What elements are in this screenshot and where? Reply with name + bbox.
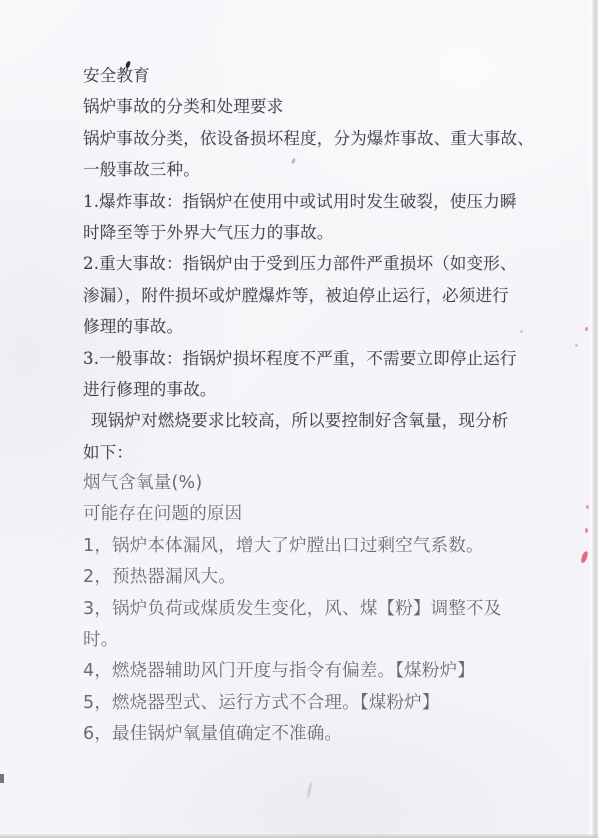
document-line: 修理的事故。	[83, 311, 568, 342]
document-line: 6，最佳锅炉氧量值确定不准确。	[83, 719, 568, 750]
pink-speck-artifact	[585, 327, 588, 331]
tan-speck-artifact	[575, 344, 578, 347]
document-line: 3，锅炉负荷或煤质发生变化，风、煤【粉】调整不及	[83, 594, 568, 625]
pink-speck-artifact	[580, 551, 589, 564]
left-edge-mark	[0, 774, 4, 783]
document-line: 4，燃烧器辅助风门开度与指令有偏差。【煤粉炉】	[83, 656, 568, 687]
document-line: 烟气含氧量(%)	[83, 468, 568, 499]
document-line: 1.爆炸事故：指锅炉在使用中或试用时发生破裂，使压力瞬	[83, 186, 568, 217]
document-line: 一般事故三种。	[83, 154, 568, 185]
gray-speck-artifact	[520, 330, 523, 333]
document-line: 锅炉事故分类，依设备损坏程度，分为爆炸事故、重大事故、	[83, 123, 568, 154]
document-line: 安全教育	[83, 60, 568, 91]
document-line: 锅炉事故的分类和处理要求	[83, 91, 568, 122]
document-line: 如下：	[83, 437, 568, 468]
document-line: 2，预热器漏风大。	[83, 562, 568, 593]
pencil-smudge-artifact	[306, 782, 312, 798]
document-line: 时。	[83, 625, 568, 656]
document-line: 时降至等于外界大气压力的事故。	[83, 217, 568, 248]
scanned-page: 安全教育锅炉事故的分类和处理要求锅炉事故分类，依设备损坏程度，分为爆炸事故、重大…	[0, 0, 598, 838]
document-line: 可能存在问题的原因	[83, 499, 568, 530]
document-line: 渗漏），附件损坏或炉膛爆炸等，被迫停止运行，必须进行	[83, 280, 568, 311]
document-line: 2.重大事故：指锅炉由于受到压力部件严重损坏（如变形、	[83, 248, 568, 279]
document-line: 现锅炉对燃烧要求比较高，所以要控制好含氧量，现分析	[83, 405, 568, 436]
scan-right-edge	[589, 0, 598, 838]
document-lines: 安全教育锅炉事故的分类和处理要求锅炉事故分类，依设备损坏程度，分为爆炸事故、重大…	[83, 60, 568, 751]
document-line: 5，燃烧器型式、运行方式不合理。【煤粉炉】	[83, 688, 568, 719]
scan-bottom-edge	[0, 834, 598, 838]
pink-speck-artifact	[585, 528, 588, 533]
document-line: 3.一般事故：指锅炉损坏程度不严重，不需要立即停止运行	[83, 343, 568, 374]
document-line: 1，锅炉本体漏风，增大了炉膛出口过剩空气系数。	[83, 531, 568, 562]
document-line: 进行修理的事故。	[83, 374, 568, 405]
